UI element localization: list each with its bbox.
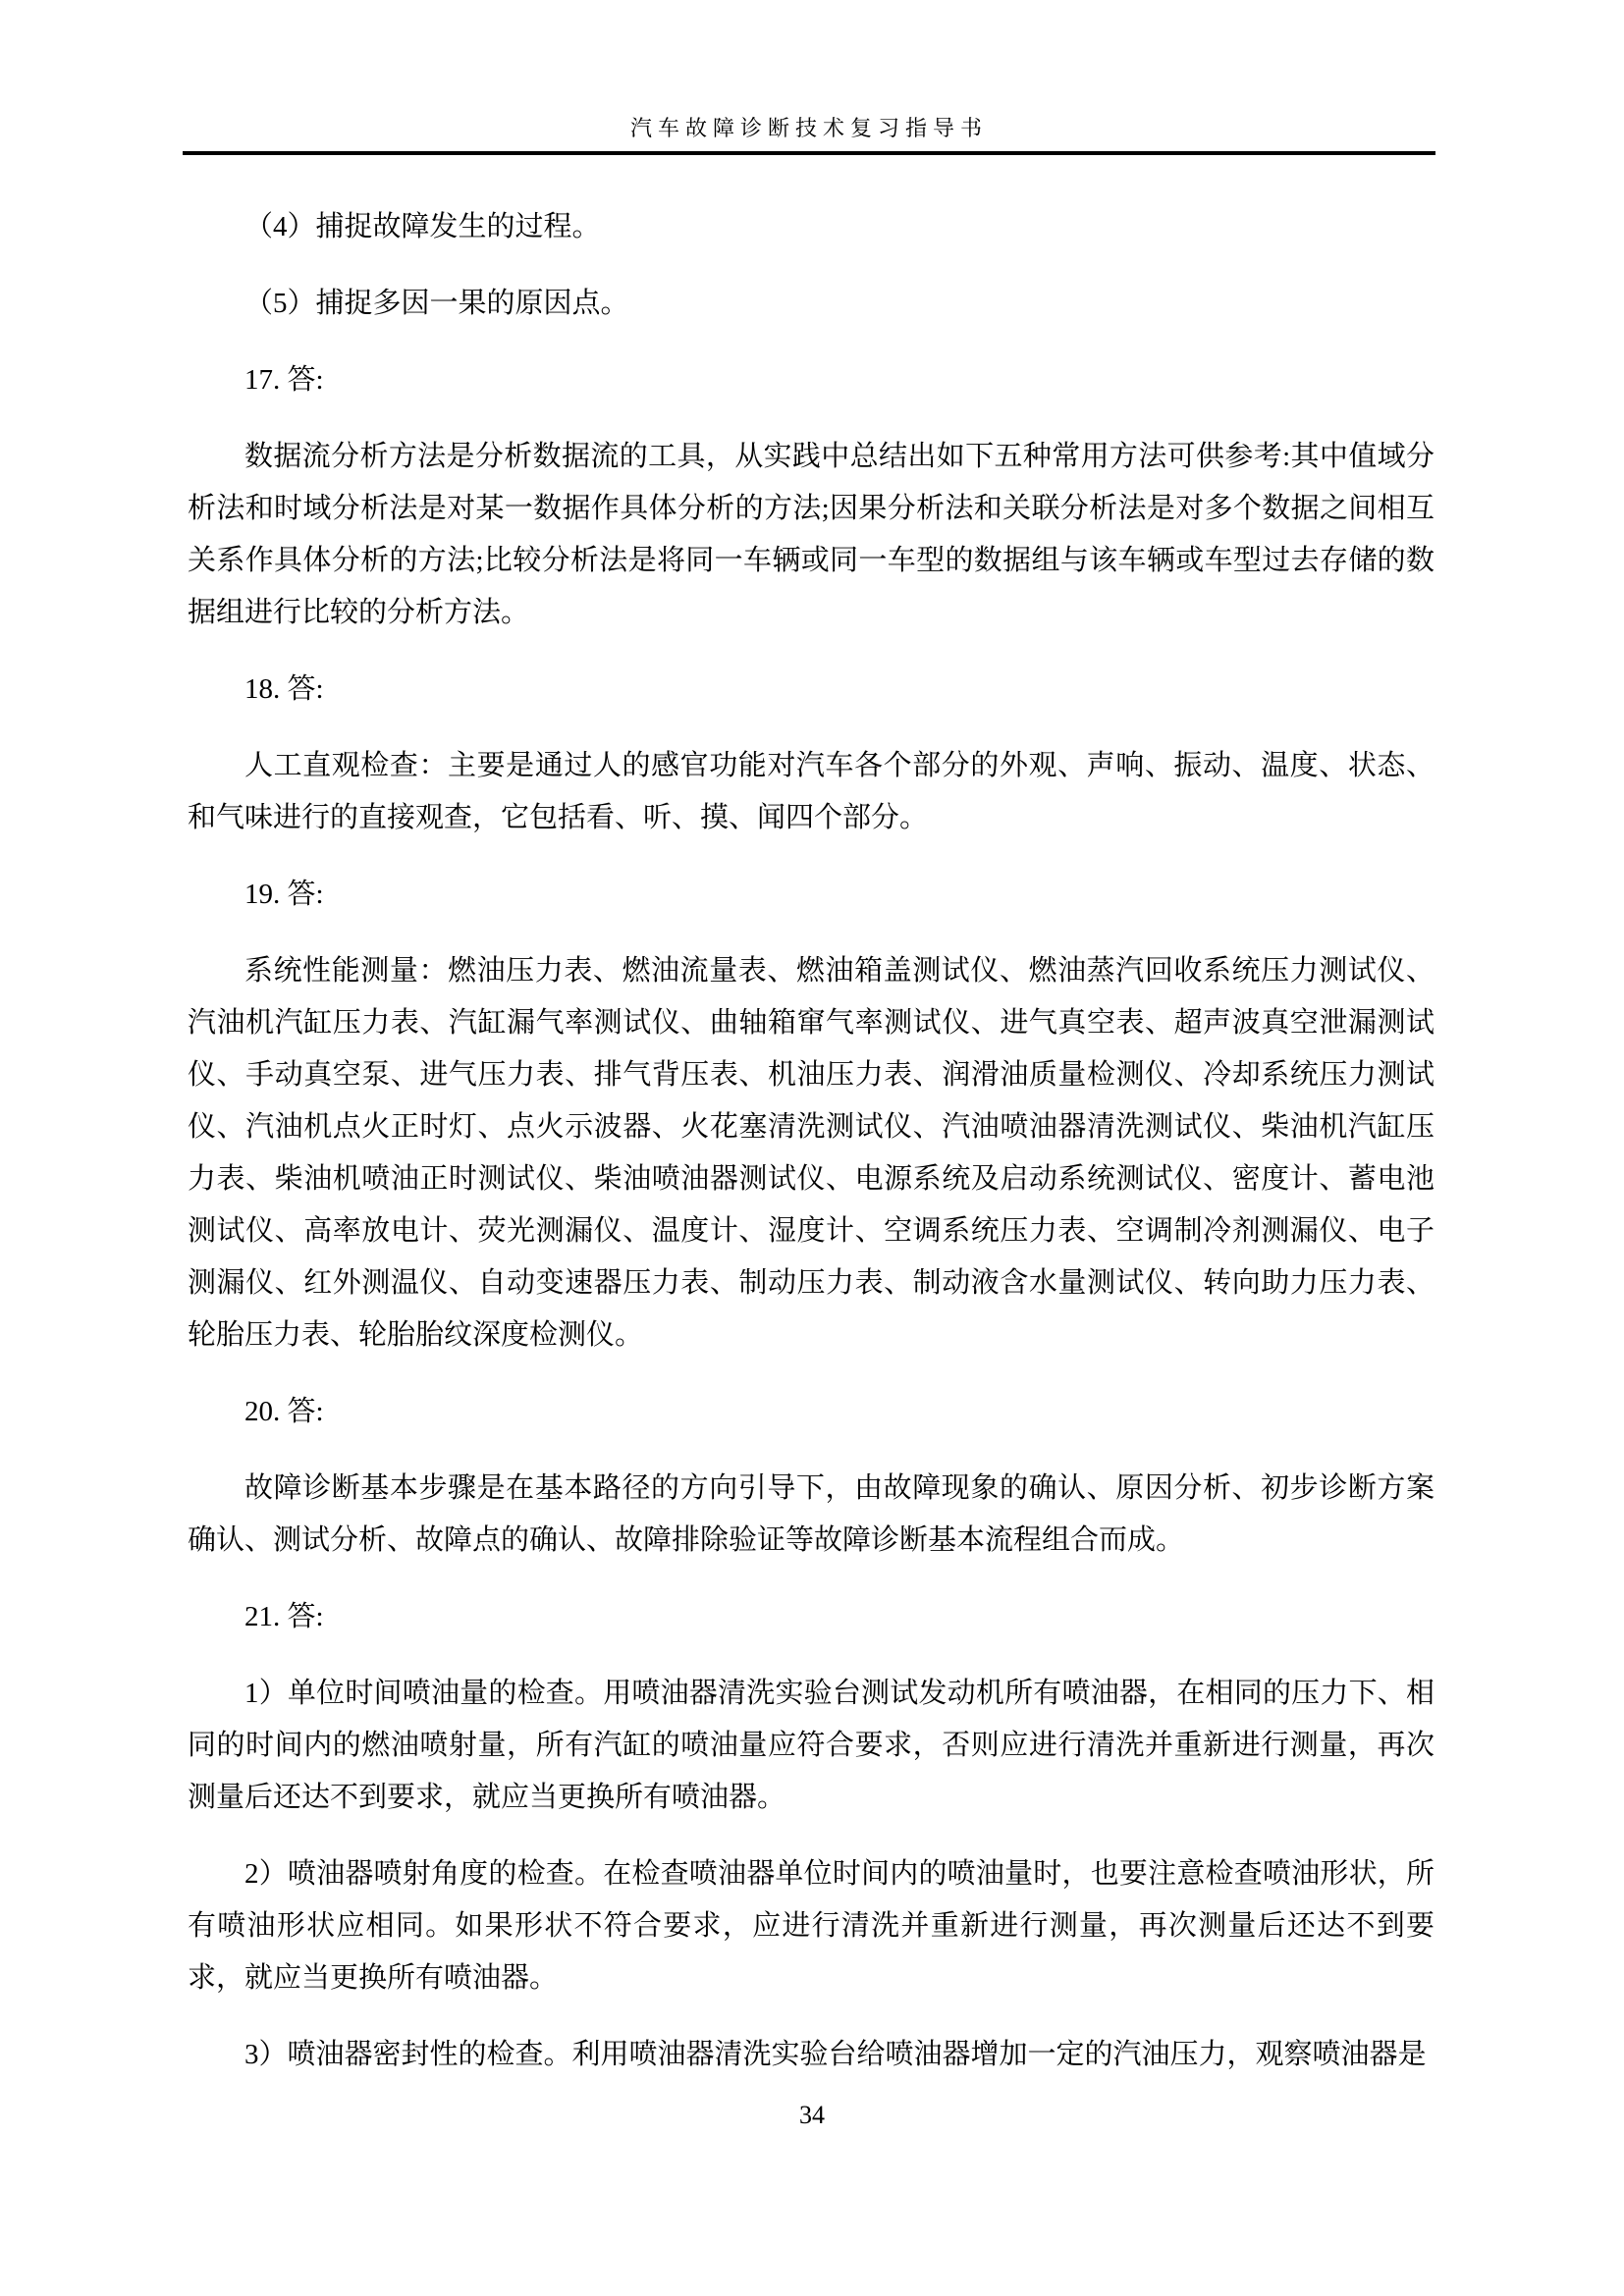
answer-19-text: 系统性能测量：燃油压力表、燃油流量表、燃油箱盖测试仪、燃油蒸汽回收系统压力测试仪… <box>188 945 1435 1362</box>
page-header: 汽车故障诊断技术复习指导书 <box>183 112 1435 155</box>
book-title: 汽车故障诊断技术复习指导书 <box>183 112 1435 142</box>
page-number: 34 <box>799 2101 825 2129</box>
answer-label-17: 17. 答: <box>188 354 1435 406</box>
answer-label-21: 21. 答: <box>188 1591 1435 1643</box>
answer-label-19: 19. 答: <box>188 869 1435 921</box>
answer-21-item-1: 1）单位时间喷油量的检查。用喷油器清洗实验台测试发动机所有喷油器，在相同的压力下… <box>188 1668 1435 1824</box>
answer-18-text: 人工直观检查：主要是通过人的感官功能对汽车各个部分的外观、声响、振动、温度、状态… <box>188 740 1435 844</box>
document-body: （4）捕捉故障发生的过程。 （5）捕捉多因一果的原因点。 17. 答: 数据流分… <box>188 201 1435 2106</box>
list-item-4: （4）捕捉故障发生的过程。 <box>188 201 1435 253</box>
answer-21-item-2: 2）喷油器喷射角度的检查。在检查喷油器单位时间内的喷油量时，也要注意检查喷油形状… <box>188 1848 1435 2004</box>
document-page: 汽车故障诊断技术复习指导书 （4）捕捉故障发生的过程。 （5）捕捉多因一果的原因… <box>0 0 1624 2296</box>
list-item-5: （5）捕捉多因一果的原因点。 <box>188 278 1435 330</box>
answer-20-text: 故障诊断基本步骤是在基本路径的方向引导下，由故障现象的确认、原因分析、初步诊断方… <box>188 1463 1435 1567</box>
answer-label-20: 20. 答: <box>188 1386 1435 1438</box>
page-footer: 34 <box>0 2101 1624 2130</box>
answer-label-18: 18. 答: <box>188 664 1435 716</box>
answer-21-item-3: 3）喷油器密封性的检查。利用喷油器清洗实验台给喷油器增加一定的汽油压力，观察喷油… <box>188 2029 1435 2081</box>
answer-17-text: 数据流分析方法是分析数据流的工具，从实践中总结出如下五种常用方法可供参考:其中值… <box>188 431 1435 639</box>
